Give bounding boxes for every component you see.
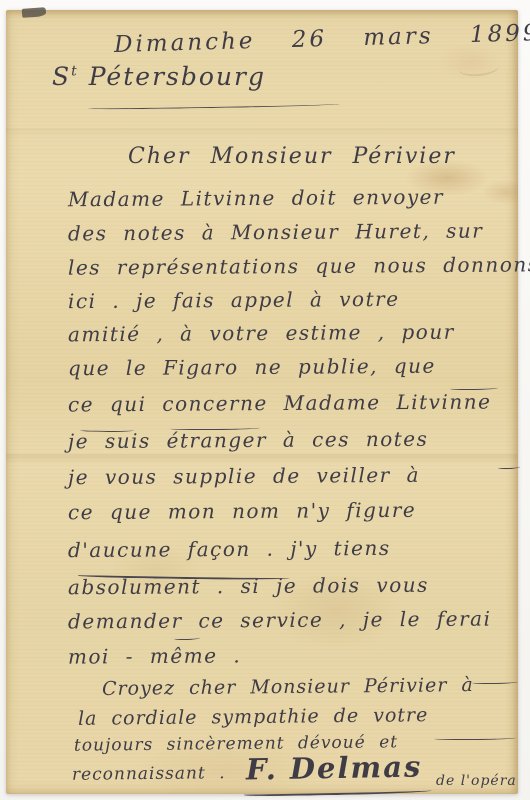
- signature-suffix: de l'opéra: [436, 774, 517, 788]
- body-line: ce qui concerne Madame Litvinne: [68, 392, 492, 415]
- signature: F. Delmas: [246, 752, 423, 784]
- letter-paper: Dimanche 26 mars 1899 St Pétersbourg Che…: [6, 10, 518, 794]
- dash-after-devoue: [434, 736, 516, 740]
- body-line: amitié , à votre estime , pour: [68, 322, 455, 345]
- paper-edge-chip: [22, 7, 47, 18]
- place-name: Pétersbourg: [89, 62, 266, 91]
- body-line: ce que mon nom n'y figure: [68, 500, 416, 522]
- place-abbr: S: [52, 62, 71, 91]
- body-line: je vous supplie de veiller à: [68, 465, 420, 487]
- body-line: d'aucune façon . j'y tiens: [68, 538, 391, 560]
- body-line: je suis étranger à ces notes: [68, 429, 428, 452]
- faint-pencil-smudge: [457, 56, 501, 78]
- closing-word: reconnaissant .: [72, 765, 226, 784]
- letter-photograph: Dimanche 26 mars 1899 St Pétersbourg Che…: [0, 0, 530, 800]
- body-line: demander ce service , je le ferai: [68, 609, 492, 632]
- body-line: ici . je fais appel à votre: [68, 289, 400, 311]
- dateline: Dimanche 26 mars 1899: [114, 22, 530, 57]
- place-abbr-superscript: t: [71, 64, 79, 80]
- body-line: moi - même .: [68, 645, 241, 666]
- body-line: les représentations que nous donnons: [68, 254, 530, 277]
- dash-above-meme: [174, 636, 200, 640]
- place-underline-flourish: [88, 102, 340, 110]
- body-line: des notes à Monsieur Huret, sur: [68, 221, 483, 244]
- dash-after-veiller: [498, 465, 520, 469]
- body-line: que le Figaro ne publie, que: [68, 356, 436, 379]
- body-line: Madame Litvinne doit envoyer: [68, 187, 444, 210]
- place-line: St Pétersbourg: [52, 64, 266, 89]
- fold-crease: [6, 128, 518, 138]
- salutation: Cher Monsieur Périvier: [128, 146, 456, 168]
- closing-line: Croyez cher Monsieur Périvier à: [102, 676, 474, 699]
- signature-underline: [244, 788, 432, 796]
- closing-line: la cordiale sympathie de votre: [78, 706, 429, 729]
- fold-crease: [6, 454, 518, 464]
- dash-after-closing: [472, 680, 518, 684]
